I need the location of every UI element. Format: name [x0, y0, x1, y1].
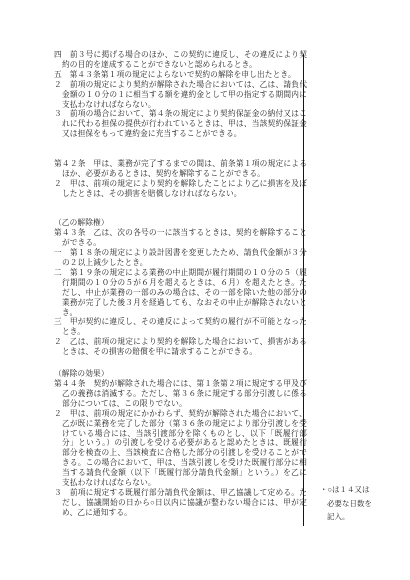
- margin-annotation-line3: 記入。: [320, 510, 390, 524]
- clause-item-4: 四 前３号に掲げる場合のほか、この契約に違反し、その違反により契約の目的を達成す…: [54, 50, 307, 70]
- contract-text-column: 四 前３号に掲げる場合のほか、この契約に違反し、その違反により契約の目的を達成す…: [54, 50, 307, 518]
- article-42-paragraph-2: ２ 甲は、前項の規定により契約を解除したことにより乙に損害を及ぼしたときは、その…: [54, 179, 307, 199]
- article-44: （解除の効果） 第４４条 契約が解除された場合には、第１条第２項に規定する甲及び…: [54, 369, 307, 518]
- article-43: （乙の解除権） 第４３条 乙は、次の各号の一に該当するときは、契約を解除すること…: [54, 218, 307, 357]
- article-42-main: 第４２条 甲は、業務が完了するまでの間は、前条第１項の規定によるほか、必要がある…: [54, 159, 307, 179]
- article-43-main: 第４３条 乙は、次の各号の一に該当するときは、契約を解除することができる。: [54, 228, 307, 248]
- clause-item-5: 五 第４３条第１項の規定によらないで契約の解除を申し出たとき。: [54, 70, 307, 80]
- margin-annotation-line1: ・○は１４又は: [320, 483, 390, 497]
- article-42: 第４２条 甲は、業務が完了するまでの間は、前条第１項の規定によるほか、必要がある…: [54, 159, 307, 199]
- right-margin-revision-rule: [303, 54, 304, 526]
- article-43-item-2: 二 第１９条の規定による業務の中止期間が履行期間の１０分の５（履行期間の１０分の…: [54, 268, 307, 318]
- margin-annotation: ・○は１４又は 必要な日数を 記入。: [320, 483, 390, 524]
- article-44-paragraph-2: ２ 甲は、前項の規定にかかわらず、契約が解除された場合において、乙が既に業務を完…: [54, 409, 307, 488]
- article-41-continuation: 四 前３号に掲げる場合のほか、この契約に違反し、その違反により契約の目的を達成す…: [54, 50, 307, 139]
- article-43-heading: （乙の解除権）: [54, 218, 307, 228]
- paragraph-3: ３ 前項の場合において、第４条の規定により契約保証金の納付又はこれに代わる担保の…: [54, 109, 307, 139]
- document-page: 四 前３号に掲げる場合のほか、この契約に違反し、その違反により契約の目的を達成す…: [0, 0, 410, 580]
- article-43-paragraph-2: ２ 乙は、前項の規定により契約を解除した場合において、損害があるときは、その損害…: [54, 337, 307, 357]
- article-43-item-3: 三 甲が契約に違反し、その違反によって契約の履行が不可能となったとき。: [54, 317, 307, 337]
- article-44-main: 第４４条 契約が解除された場合には、第１条第２項に規定する甲及び乙の義務は消滅す…: [54, 379, 307, 409]
- article-43-item-1: 一 第１８条の規定により設計図書を変更したため、請負代金額が３分の２以上減少した…: [54, 248, 307, 268]
- article-44-paragraph-3: ３ 前項に規定する既履行部分請負代金額は、甲乙協議して定める。ただし、協議開始の…: [54, 488, 307, 518]
- paragraph-2: ２ 前項の規定により契約が解除された場合においては、乙は、請負代金額の１０分の１…: [54, 80, 307, 110]
- margin-annotation-line2: 必要な日数を: [320, 497, 390, 511]
- article-44-heading: （解除の効果）: [54, 369, 307, 379]
